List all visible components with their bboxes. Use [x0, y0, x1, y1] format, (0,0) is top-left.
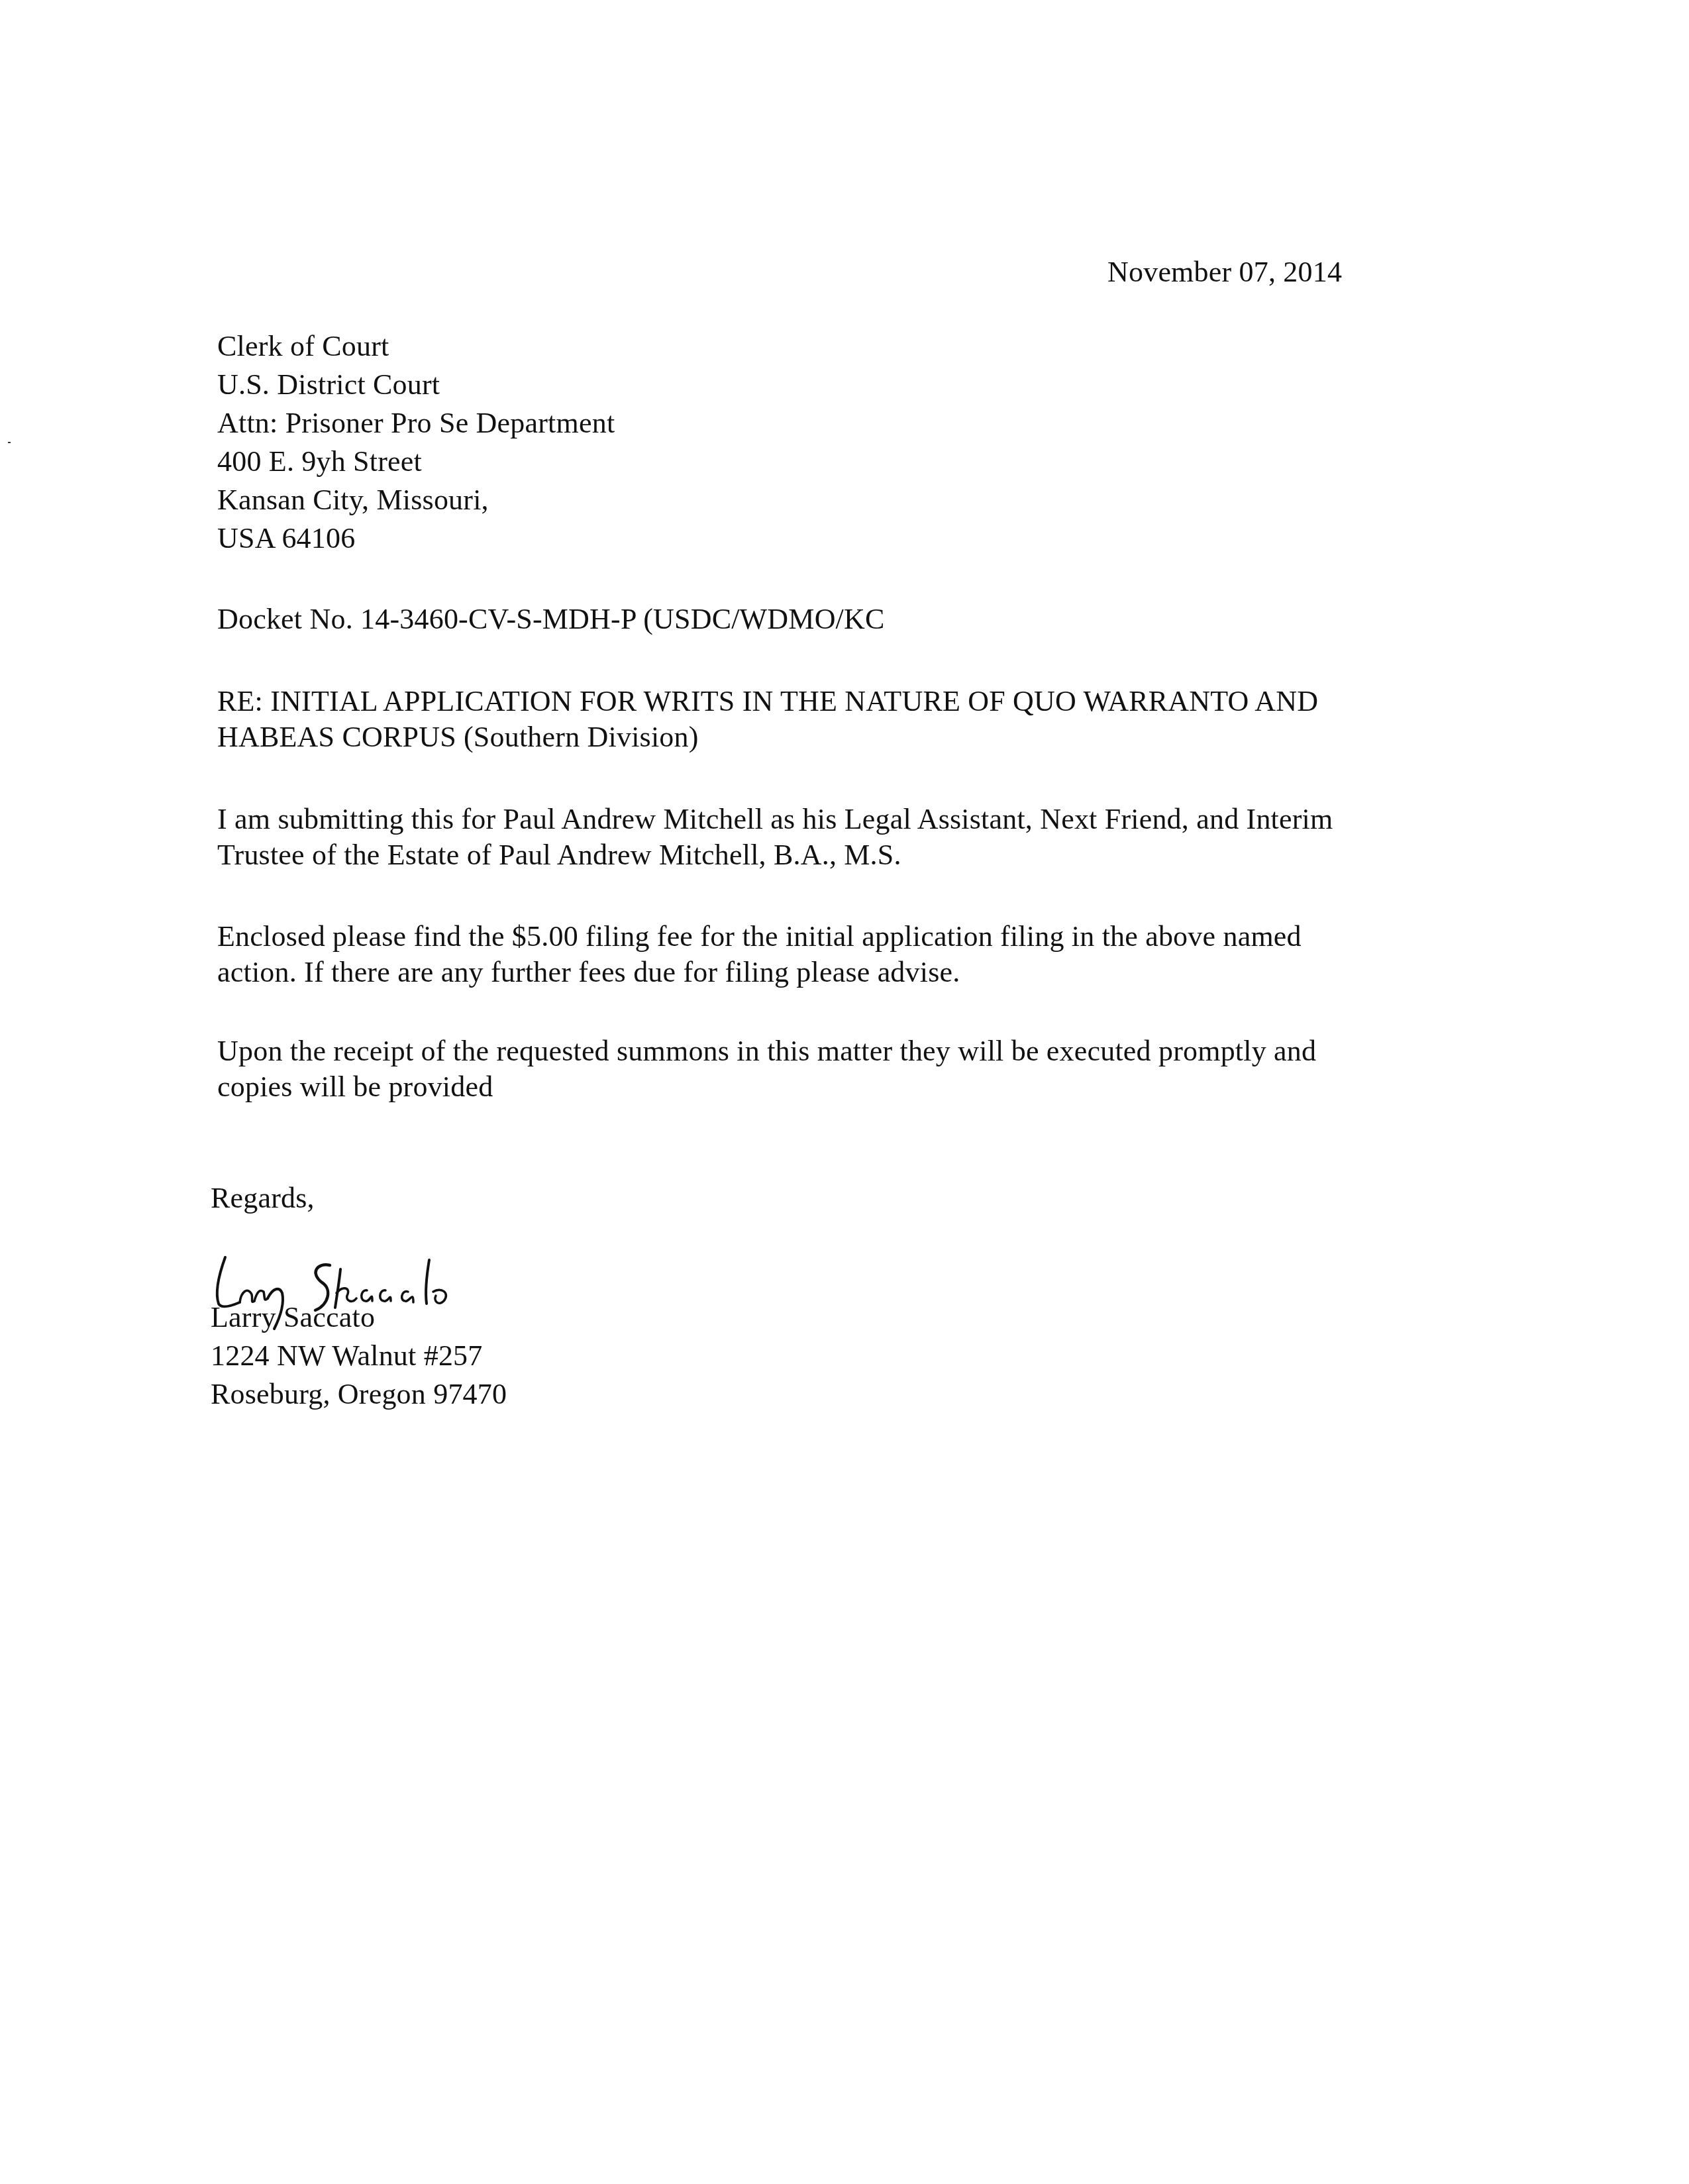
- body-paragraph: Upon the receipt of the requested summon…: [217, 1032, 1316, 1104]
- body-paragraph: Enclosed please find the $5.00 filing fe…: [217, 917, 1302, 989]
- letter-date: November 07, 2014: [1107, 253, 1342, 291]
- scan-artifact: [8, 442, 11, 443]
- sender-line: Roseburg, Oregon 97470: [211, 1375, 507, 1414]
- closing: Regards,: [211, 1179, 315, 1218]
- paragraph-line: copies will be provided: [217, 1068, 1316, 1104]
- letter-page: November 07, 2014 Clerk of Court U.S. Di…: [0, 0, 1689, 2184]
- paragraph-line: action. If there are any further fees du…: [217, 953, 1302, 989]
- recipient-line: Attn: Prisoner Pro Se Department: [217, 404, 615, 442]
- recipient-line: USA 64106: [217, 519, 615, 558]
- recipient-address: Clerk of Court U.S. District Court Attn:…: [217, 327, 615, 558]
- subject-line-text: RE: INITIAL APPLICATION FOR WRITS IN THE…: [217, 682, 1318, 718]
- recipient-line: Clerk of Court: [217, 327, 615, 366]
- sender-address: Larry Saccato 1224 NW Walnut #257 Rosebu…: [211, 1298, 507, 1414]
- body-paragraph: I am submitting this for Paul Andrew Mit…: [217, 800, 1333, 872]
- docket-number: Docket No. 14-3460-CV-S-MDH-P (USDC/WDMO…: [217, 600, 885, 639]
- subject-line-text: HABEAS CORPUS (Southern Division): [217, 718, 1318, 754]
- paragraph-line: Upon the receipt of the requested summon…: [217, 1032, 1316, 1068]
- subject-line: RE: INITIAL APPLICATION FOR WRITS IN THE…: [217, 682, 1318, 754]
- recipient-line: Kansan City, Missouri,: [217, 481, 615, 519]
- sender-line: 1224 NW Walnut #257: [211, 1337, 507, 1375]
- recipient-line: 400 E. 9yh Street: [217, 442, 615, 481]
- paragraph-line: Enclosed please find the $5.00 filing fe…: [217, 917, 1302, 953]
- sender-line: Larry Saccato: [211, 1298, 507, 1337]
- paragraph-line: I am submitting this for Paul Andrew Mit…: [217, 800, 1333, 836]
- paragraph-line: Trustee of the Estate of Paul Andrew Mit…: [217, 836, 1333, 872]
- recipient-line: U.S. District Court: [217, 366, 615, 404]
